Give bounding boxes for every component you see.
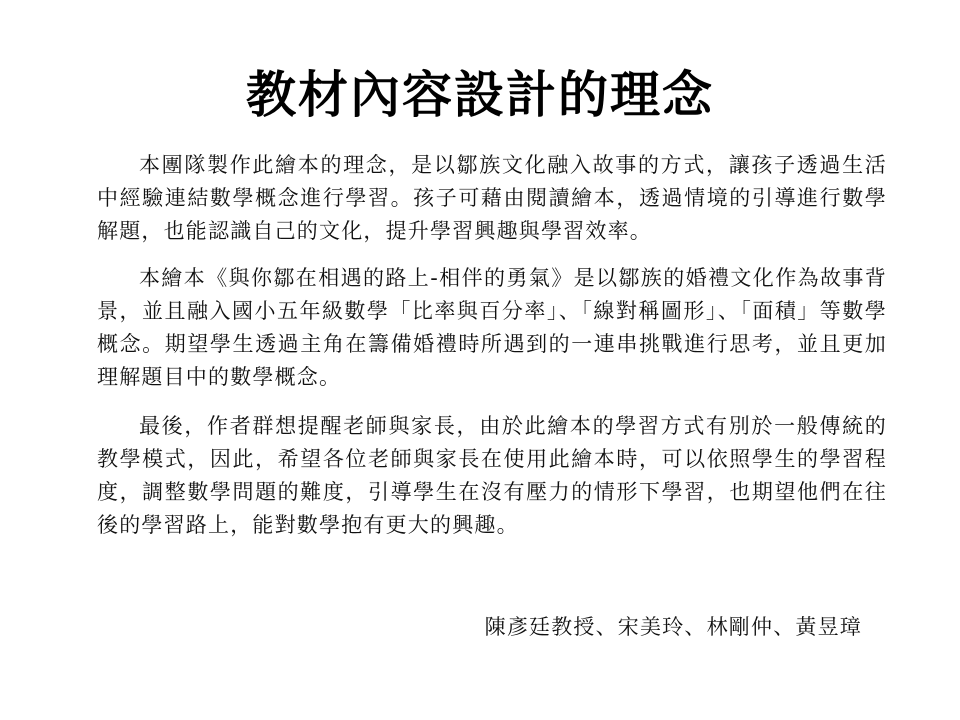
paragraph-reminder: 最後，作者群想提醒老師與家長，由於此繪本的學習方式有別於一般傳統的教學模式，因此… bbox=[97, 410, 887, 542]
authors-credit: 陳彥廷教授、宋美玲、林剛仲、黃昱璋 bbox=[485, 611, 862, 644]
slide: 教材內容設計的理念 本團隊製作此繪本的理念，是以鄒族文化融入故事的方式，讓孩子透… bbox=[0, 0, 960, 720]
paragraph-picture-book-content: 本繪本《與你鄒在相遇的路上-相伴的勇氣》是以鄒族的婚禮文化作為故事背景，並且融入… bbox=[97, 262, 887, 394]
slide-body: 本團隊製作此繪本的理念，是以鄒族文化融入故事的方式，讓孩子透過生活中經驗連結數學… bbox=[97, 149, 887, 556]
paragraph-philosophy: 本團隊製作此繪本的理念，是以鄒族文化融入故事的方式，讓孩子透過生活中經驗連結數學… bbox=[97, 149, 887, 248]
slide-title: 教材內容設計的理念 bbox=[0, 60, 960, 130]
